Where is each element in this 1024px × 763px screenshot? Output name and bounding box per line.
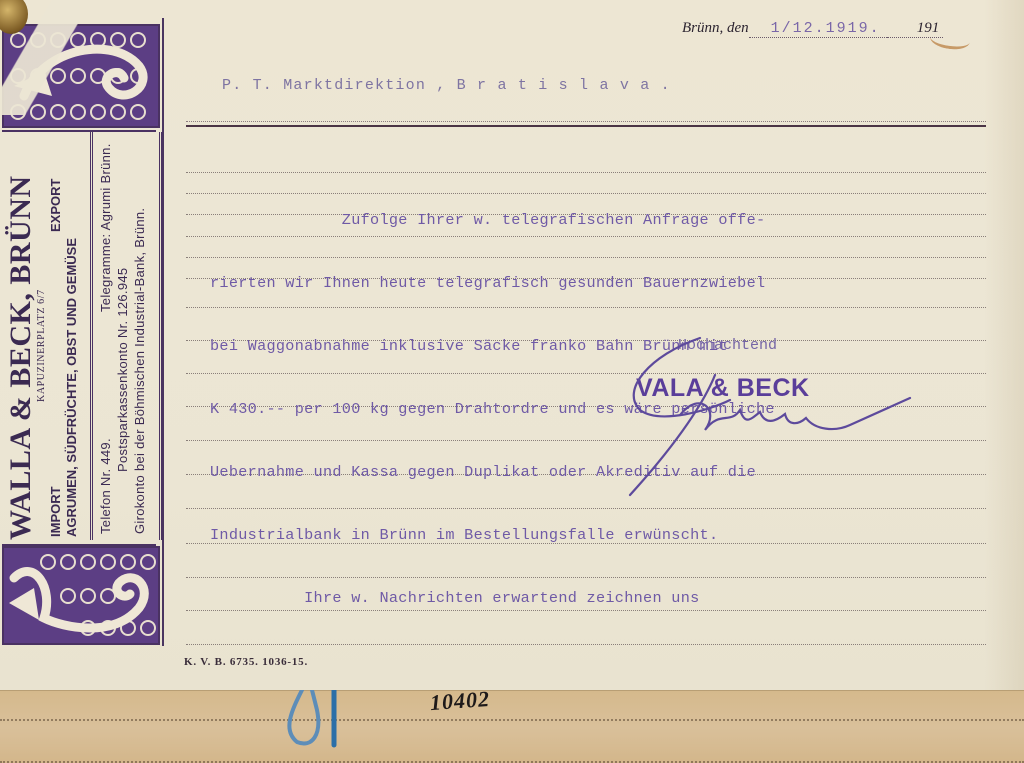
date-line: Brünn, den 1/12.1919. 191 xyxy=(682,20,943,38)
date-value: 1/12.1919. xyxy=(749,20,887,38)
body-line: rierten wir Ihnen heute telegrafisch ges… xyxy=(210,273,990,294)
black-stamp-number: 10402 xyxy=(429,686,491,716)
backing-dotted-line xyxy=(0,719,1024,721)
goods-line: AGRUMEN, SÜDFRÜCHTE, OBST UND GEMÜSE xyxy=(64,238,79,537)
backing-sheet xyxy=(0,690,1024,763)
body-line: Industrialbank in Brünn im Bestellungsfa… xyxy=(210,525,990,546)
export-label: EXPORT xyxy=(48,179,63,232)
header-dotted-rule xyxy=(186,121,986,122)
header-rule xyxy=(186,125,986,127)
rust-stain xyxy=(929,27,971,51)
ornament-bottom-icon xyxy=(2,546,160,645)
postsparkasse-line: Postsparkassenkonto Nr. 126.945 xyxy=(115,268,130,472)
print-code: K. V. B. 6735. 1036-15. xyxy=(184,656,308,668)
addressee: P. T. Marktdirektion , B r a t i s l a v… xyxy=(222,77,671,94)
telegramme-line: Telegramme: Agrumi Brünn. xyxy=(98,143,113,312)
blue-pencil-mark-icon xyxy=(272,690,352,750)
import-label: IMPORT xyxy=(48,486,63,537)
girokonto-line: Girokonto bei der Böhmischen Industrial-… xyxy=(132,208,147,534)
body-line: Ihre w. Nachrichten erwartend zeichnen u… xyxy=(210,588,990,609)
body-line: Zufolge Ihrer w. telegrafischen Anfrage … xyxy=(210,210,990,231)
place-label: Brünn, den xyxy=(682,20,749,37)
letter-sheet: WALLA & BECK, BRÜNN KAPUZINERPLATZ 6/7 I… xyxy=(0,0,1024,690)
letterhead-text-frame: WALLA & BECK, BRÜNN KAPUZINERPLATZ 6/7 I… xyxy=(2,130,156,546)
firm-name: WALLA & BECK, BRÜNN xyxy=(4,175,38,540)
telefon-line: Telefon Nr. 449. xyxy=(98,438,113,534)
signature-icon xyxy=(620,330,920,500)
firm-address: KAPUZINERPLATZ 6/7 xyxy=(36,289,47,402)
